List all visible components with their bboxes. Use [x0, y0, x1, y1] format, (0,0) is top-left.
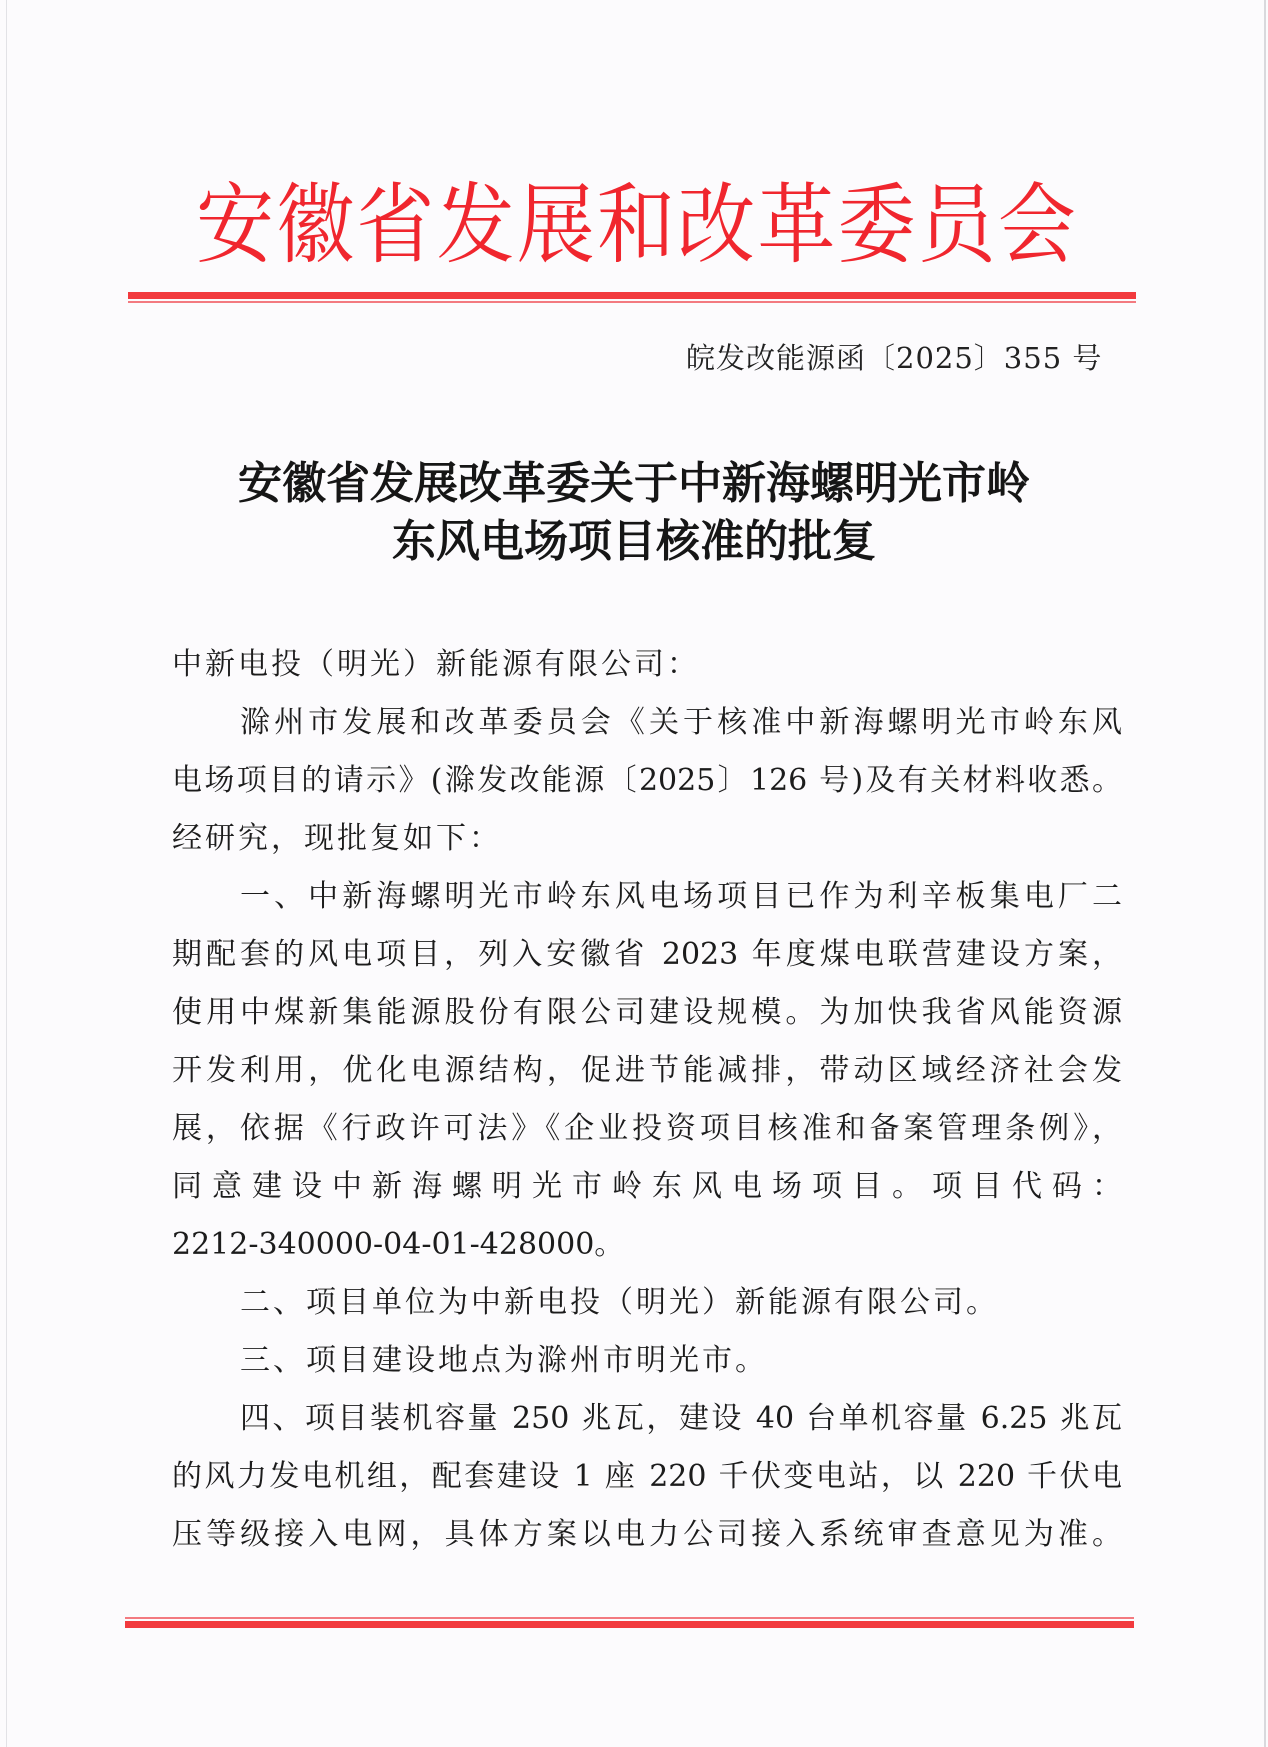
masthead-char: 展: [517, 172, 595, 280]
body-line: 的风力发电机组，配套建设 1 座 220 千伏变电站，以 220 千伏电: [172, 1448, 1122, 1506]
document-title-line-2: 东风电场项目核准的批复: [0, 514, 1268, 570]
body-line: 滁州市发展和改革委员会《关于核准中新海螺明光市岭东风: [240, 694, 1122, 752]
issuer-masthead: 安 徽 省 发 展 和 改 革 委 员 会: [196, 178, 1076, 274]
body-line: 经研究，现批复如下：: [172, 810, 1122, 868]
document-number: 皖发改能源函〔2025〕355 号: [686, 338, 1118, 378]
masthead-char: 会: [998, 172, 1076, 280]
document-title-line-1: 安徽省发展改革委关于中新海螺明光市岭: [0, 456, 1268, 512]
body-line: 四、项目装机容量 250 兆瓦，建设 40 台单机容量 6.25 兆瓦: [240, 1390, 1122, 1448]
bottom-red-rule-thick: [125, 1621, 1134, 1628]
masthead-char: 改: [677, 172, 755, 280]
body-line: 二、项目单位为中新电投（明光）新能源有限公司。: [240, 1274, 1122, 1332]
masthead-char: 委: [838, 172, 916, 280]
top-red-rule-thick: [128, 292, 1136, 299]
top-red-rule-thin: [128, 301, 1136, 303]
bottom-red-rule-thin: [125, 1617, 1134, 1619]
body-line: 电场项目的请示》(滁发改能源〔2025〕126 号)及有关材料收悉。: [172, 752, 1122, 810]
project-code-line: 2212-340000-04-01-428000。: [172, 1216, 1122, 1274]
page-edge-right: [1264, 0, 1266, 1747]
masthead-char: 徽: [276, 172, 354, 280]
masthead-char: 发: [437, 172, 515, 280]
body-line: 期配套的风电项目，列入安徽省 2023 年度煤电联营建设方案，: [172, 926, 1122, 984]
body-line: 展，依据《行政许可法》《企业投资项目核准和备案管理条例》，: [172, 1100, 1122, 1158]
body-line: 三、项目建设地点为滁州市明光市。: [240, 1332, 1122, 1390]
masthead-char: 和: [597, 172, 675, 280]
body-line: 开发利用，优化电源结构，促进节能减排，带动区域经济社会发: [172, 1042, 1122, 1100]
body-line: 使用中煤新集能源股份有限公司建设规模。为加快我省风能资源: [172, 984, 1122, 1042]
page-edge-left: [6, 0, 7, 1747]
recipient-line: 中新电投（明光）新能源有限公司：: [172, 636, 1122, 694]
masthead-char: 员: [918, 172, 996, 280]
masthead-char: 革: [757, 172, 835, 280]
body-line: 压等级接入电网，具体方案以电力公司接入系统审查意见为准。: [172, 1506, 1122, 1564]
masthead-char: 安: [196, 172, 274, 280]
masthead-char: 省: [356, 172, 434, 280]
body-line: 一、中新海螺明光市岭东风电场项目已作为利辛板集电厂二: [240, 868, 1122, 926]
body-line: 同意建设中新海螺明光市岭东风电场项目。项目代码：: [172, 1158, 1122, 1216]
